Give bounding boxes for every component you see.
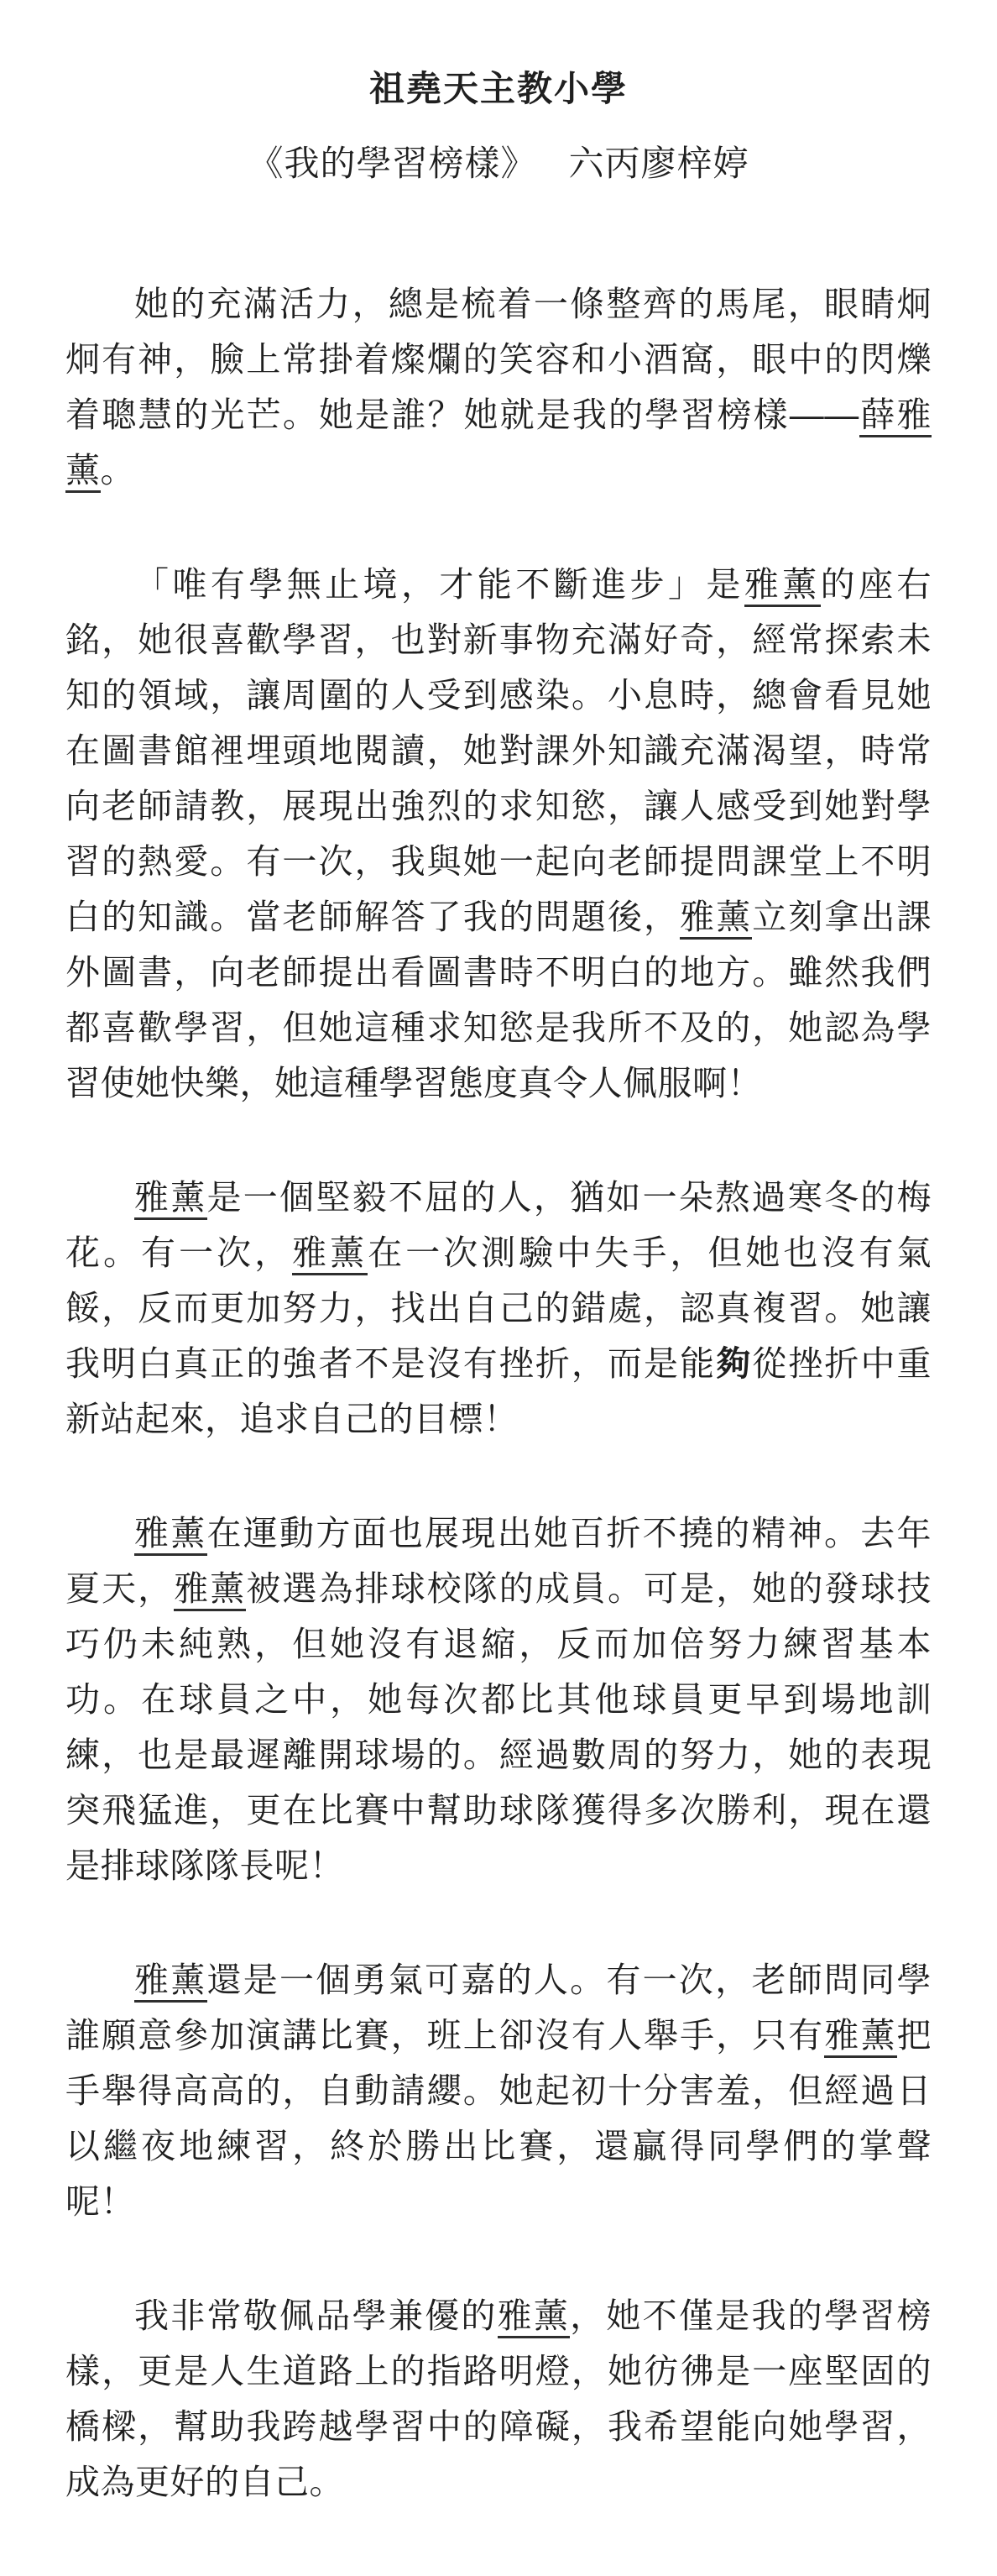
- text-run: 我非常敬佩品學兼優的: [134, 2296, 498, 2335]
- paragraph-1: 她的充滿活力，總是梳着一條整齊的馬尾，眼睛炯炯有神，臉上常掛着燦爛的笑容和小酒窩…: [65, 276, 932, 498]
- bold-character: 夠: [716, 1344, 752, 1383]
- text-run: 被選為排球校隊的成員。可是，她的發球技巧仍未純熟，但她沒有退縮，反而加倍努力練習…: [65, 1569, 932, 1885]
- author-name: 六丙廖梓婷: [569, 138, 749, 190]
- document-header: 祖堯天主教小學 《我的學習榜樣》六丙廖梓婷: [65, 63, 932, 190]
- document-page: 祖堯天主教小學 《我的學習榜樣》六丙廖梓婷 她的充滿活力，總是梳着一條整齊的馬尾…: [0, 0, 997, 2576]
- student-name-underlined: 雅薰: [134, 1178, 207, 1220]
- student-name-underlined: 雅薰: [134, 1961, 207, 2003]
- paragraph-4: 雅薰在運動方面也展現出她百折不撓的精神。去年夏天，雅薰被選為排球校隊的成員。可是…: [65, 1505, 932, 1893]
- paragraph-3: 雅薰是一個堅毅不屈的人，猶如一朵熬過寒冬的梅花。有一次，雅薰在一次測驗中失手，但…: [65, 1170, 932, 1447]
- essay-title: 《我的學習榜樣》: [248, 144, 536, 183]
- paragraph-5: 雅薰還是一個勇氣可嘉的人。有一次，老師問同學誰願意參加演講比賽，班上卻沒有人舉手…: [65, 1952, 932, 2229]
- student-name-underlined: 雅薰: [744, 565, 821, 607]
- text-run: 她的充滿活力，總是梳着一條整齊的馬尾，眼睛炯炯有神，臉上常掛着燦爛的笑容和小酒窩…: [65, 285, 932, 434]
- school-name-title: 祖堯天主教小學: [65, 63, 932, 115]
- text-run: 「唯有學無止境，才能不斷進步」是: [134, 565, 744, 604]
- paragraph-2: 「唯有學無止境，才能不斷進步」是雅薰的座右銘，她很喜歡學習，也對新事物充滿好奇，…: [65, 557, 932, 1111]
- paragraph-6: 我非常敬佩品學兼優的雅薰，她不僅是我的學習榜樣，更是人生道路上的指路明燈，她彷彿…: [65, 2288, 932, 2510]
- student-name-underlined: 雅薰: [292, 1233, 368, 1275]
- text-run: 的座右銘，她很喜歡學習，也對新事物充滿好奇，經常探索未知的領域，讓周圍的人受到感…: [65, 565, 932, 936]
- student-name-underlined: 雅薰: [498, 2296, 571, 2338]
- student-name-underlined: 雅薰: [680, 898, 752, 940]
- student-name-underlined: 雅薰: [134, 1514, 207, 1556]
- essay-title-line: 《我的學習榜樣》六丙廖梓婷: [65, 138, 932, 190]
- essay-body: 她的充滿活力，總是梳着一條整齊的馬尾，眼睛炯炯有神，臉上常掛着燦爛的笑容和小酒窩…: [65, 276, 932, 2510]
- student-name-underlined: 雅薰: [174, 1569, 246, 1611]
- text-run: 。: [101, 451, 136, 490]
- student-name-underlined: 雅薰: [824, 2016, 896, 2058]
